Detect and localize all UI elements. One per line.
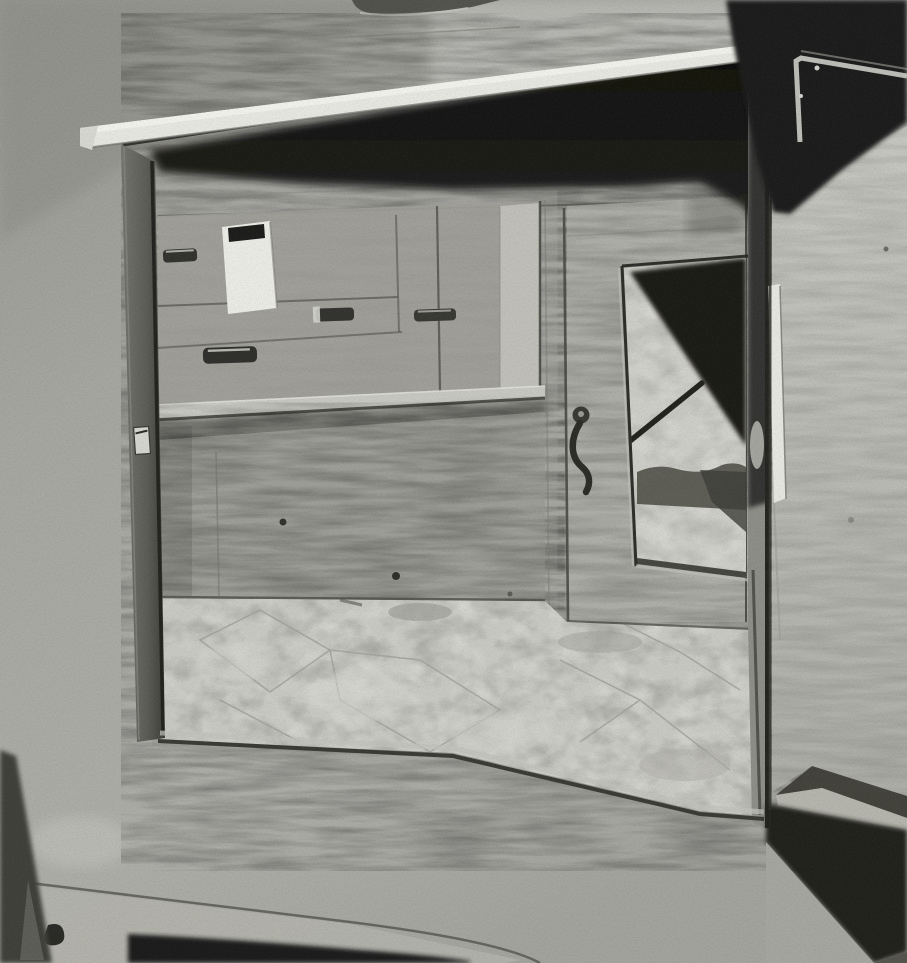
latch-keeper <box>134 427 151 455</box>
bracket-screw <box>799 94 803 98</box>
door-window <box>618 252 752 582</box>
bracket-screw <box>815 66 820 71</box>
photograph: Interior of a home-built travel trailer … <box>0 0 907 963</box>
white-card <box>222 221 277 314</box>
wall-screw <box>392 572 400 580</box>
wall-bright-scuff <box>30 816 130 868</box>
lower-back-wall <box>158 412 545 600</box>
trailer-interior <box>150 48 770 832</box>
outdoor-view <box>618 252 752 582</box>
wall-screw <box>508 592 513 597</box>
drawer-handle <box>203 346 258 364</box>
cabinet-end-panel <box>500 203 540 396</box>
wall-screw <box>280 519 287 526</box>
door-speck <box>848 517 854 523</box>
cabinet-handle <box>414 308 456 321</box>
rear-door <box>545 196 753 629</box>
drawer-bank <box>157 201 540 406</box>
photo-canvas: Interior of a home-built travel trailer … <box>0 0 907 963</box>
drawer-handle <box>163 248 198 263</box>
gap-light <box>750 421 764 469</box>
door-speck <box>884 247 889 252</box>
